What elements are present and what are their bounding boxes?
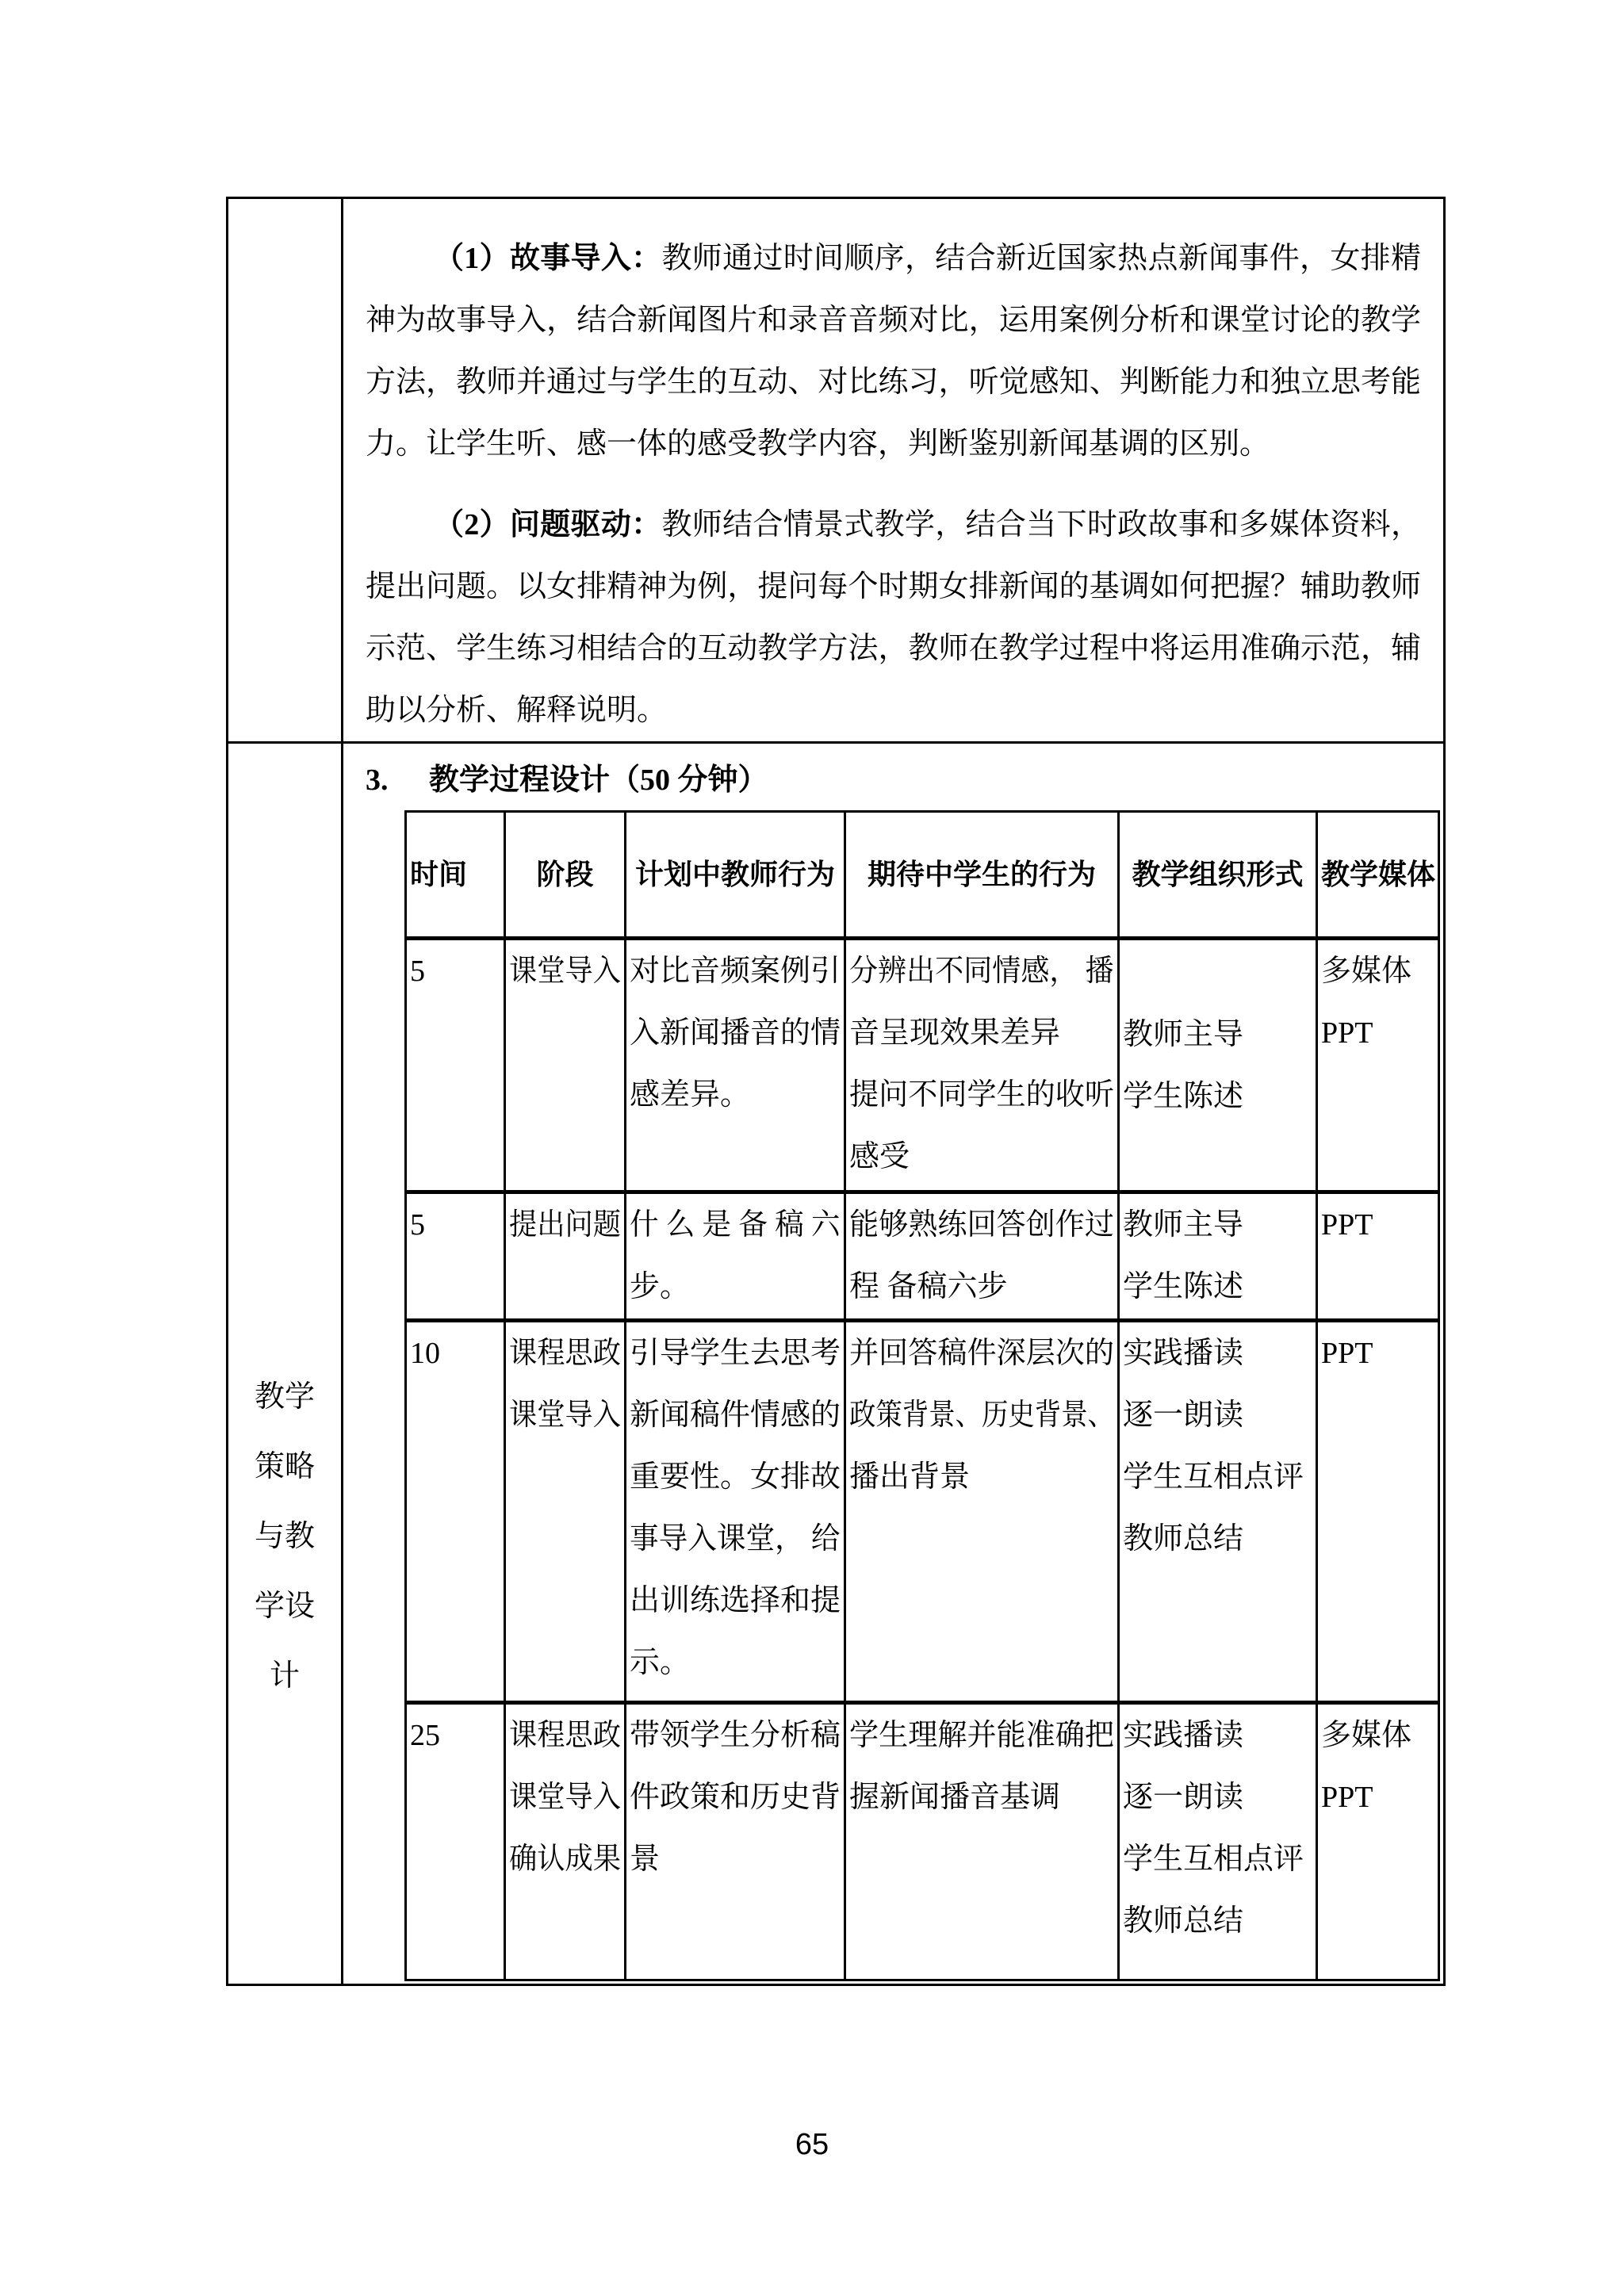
cell-teacher-behavior: 引导学生去思考新闻稿件情感的重要性。女排故事导入课堂， 给出训练选择和提示。 (626, 1321, 845, 1703)
cell-teacher-behavior: 对比音频案例引入新闻播音的情感差异。 (626, 939, 845, 1192)
cell-time: 5 (406, 939, 505, 1192)
cell-media: PPT (1317, 1321, 1439, 1703)
cell-time: 5 (406, 1192, 505, 1321)
column-header-teacher-behavior: 计划中教师行为 (626, 812, 845, 939)
paragraph-question-driven: （2）问题驱动：教师结合情景式教学，结合当下时政故事和多媒体资料，提出问题。以女… (366, 494, 1421, 741)
cell-stage: 课堂导入 (505, 939, 626, 1192)
cell-media: 多媒体PPT (1317, 1703, 1439, 1980)
teaching-methods-cell: （1）故事导入：教师通过时间顺序，结合新近国家热点新闻事件，女排精神为故事导入，… (343, 199, 1443, 744)
cell-media: PPT (1317, 1192, 1439, 1321)
cell-time: 25 (406, 1703, 505, 1980)
table-row: 25 课程思政课堂导入确认成果 带领学生分析稿件政策和历史背景 学生理解并能准确… (406, 1703, 1439, 1980)
column-header-time: 时间 (406, 812, 505, 939)
cell-student-behavior: 并回答稿件深层次的政策背景、历史背景、播出背景 (845, 1321, 1119, 1703)
cell-organization: 实践播读逐一朗读学生互相点评教师总结 (1119, 1321, 1317, 1703)
column-header-student-behavior: 期待中学生的行为 (845, 812, 1119, 939)
column-header-media: 教学媒体 (1317, 812, 1439, 939)
cell-organization: 实践播读逐一朗读学生互相点评教师总结 (1119, 1703, 1317, 1980)
table-row: 5 提出问题 什 么 是 备 稿 六步。 能够熟练回答创作过程 备稿六步 教师主… (406, 1192, 1439, 1321)
process-table-header-row: 时间 阶段 计划中教师行为 期待中学生的行为 教学组织形式 教学媒体 (406, 812, 1439, 939)
cell-student-behavior: 能够熟练回答创作过程 备稿六步 (845, 1192, 1119, 1321)
heading-text: 教学过程设计（50 分钟） (429, 763, 768, 797)
paragraph-label: （2）问题驱动： (434, 508, 662, 541)
column-header-stage: 阶段 (505, 812, 626, 939)
paragraph-label: （1）故事导入： (434, 242, 662, 275)
cell-time: 10 (406, 1321, 505, 1703)
cell-stage: 提出问题 (505, 1192, 626, 1321)
document-page: （1）故事导入：教师通过时间顺序，结合新近国家热点新闻事件，女排精神为故事导入，… (0, 0, 1624, 2296)
page-number: 65 (0, 2126, 1624, 2163)
cell-stage: 课程思政课堂导入确认成果 (505, 1703, 626, 1980)
cell-organization: 教师主导学生陈述 (1119, 1192, 1317, 1321)
paragraph-story-intro: （1）故事导入：教师通过时间顺序，结合新近国家热点新闻事件，女排精神为故事导入，… (366, 228, 1421, 475)
column-header-organization: 教学组织形式 (1119, 812, 1317, 939)
process-design-cell: 3.教学过程设计（50 分钟） 时间 阶段 计划中教师行为 期待中学生的行为 教… (343, 744, 1443, 1984)
lesson-plan-outer-table: （1）故事导入：教师通过时间顺序，结合新近国家热点新闻事件，女排精神为故事导入，… (226, 197, 1446, 1986)
table-row: 5 课堂导入 对比音频案例引入新闻播音的情感差异。 分辨出不同情感， 播音呈现效… (406, 939, 1439, 1192)
cell-stage: 课程思政课堂导入 (505, 1321, 626, 1703)
cell-organization: 教师主导学生陈述 (1119, 939, 1317, 1192)
process-design-heading: 3.教学过程设计（50 分钟） (366, 750, 1443, 810)
outer-row-label-empty (228, 199, 343, 744)
cell-student-behavior: 学生理解并能准确把握新闻播音基调 (845, 1703, 1119, 1980)
table-row: 10 课程思政课堂导入 引导学生去思考新闻稿件情感的重要性。女排故事导入课堂， … (406, 1321, 1439, 1703)
cell-teacher-behavior: 带领学生分析稿件政策和历史背景 (626, 1703, 845, 1980)
cell-media: 多媒体PPT (1317, 939, 1439, 1192)
heading-number: 3. (366, 750, 429, 810)
cell-student-behavior: 分辨出不同情感， 播音呈现效果差异提问不同学生的收听感受 (845, 939, 1119, 1192)
process-table: 时间 阶段 计划中教师行为 期待中学生的行为 教学组织形式 教学媒体 5 课堂导… (404, 810, 1440, 1981)
strategy-row-label: 教学策略与教学设计 (228, 744, 343, 1984)
cell-teacher-behavior: 什 么 是 备 稿 六步。 (626, 1192, 845, 1321)
